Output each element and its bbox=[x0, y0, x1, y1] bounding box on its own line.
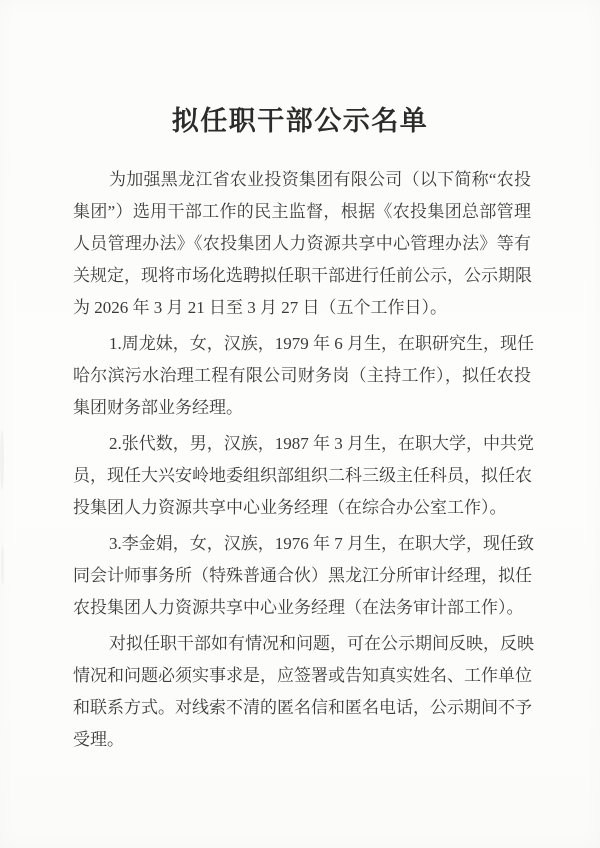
text-line: 3.李金娟，女，汉族，1976 年 7 月生，在职大学，现任致 bbox=[73, 528, 531, 560]
document-body: 为加强黑龙江省农业投资集团有限公司（以下简称“农投 集团”）选用干部工作的民主监… bbox=[73, 164, 531, 760]
paragraph-candidate-3: 3.李金娟，女，汉族，1976 年 7 月生，在职大学，现任致 同会计师事务所（… bbox=[73, 528, 531, 624]
text-line: 为加强黑龙江省农业投资集团有限公司（以下简称“农投 bbox=[73, 164, 531, 196]
text-line: 对拟任职干部如有情况和问题，可在公示期间反映，反映 bbox=[73, 628, 531, 660]
text-line: 集团”）选用干部工作的民主监督，根据《农投集团总部管理 bbox=[73, 196, 531, 228]
text-line: 情况和问题必须实事求是，应签署或告知真实姓名、工作单位 bbox=[73, 660, 531, 692]
text-line: 集团财务部业务经理。 bbox=[73, 392, 531, 424]
scan-artifact bbox=[1, 545, 4, 585]
text-line: 2.张代数，男，汉族，1987 年 3 月生，在职大学，中共党 bbox=[73, 428, 531, 460]
text-line: 关规定，现将市场化选聘拟任职干部进行任前公示，公示期限 bbox=[73, 260, 531, 292]
text-line: 投集团人力资源共享中心业务经理（在综合办公室工作）。 bbox=[73, 492, 531, 524]
text-line: 哈尔滨污水治理工程有限公司财务岗（主持工作），拟任农投 bbox=[73, 360, 531, 392]
document-page: 拟任职干部公示名单 为加强黑龙江省农业投资集团有限公司（以下简称“农投 集团”）… bbox=[0, 0, 600, 848]
paragraph-candidate-1: 1.周龙妹，女，汉族，1979 年 6 月生，在职研究生，现任 哈尔滨污水治理工… bbox=[73, 328, 531, 424]
text-line: 人员管理办法》《农投集团人力资源共享中心管理办法》等有 bbox=[73, 228, 531, 260]
text-line: 员，现任大兴安岭地委组织部组织二科三级主任科员，拟任农 bbox=[73, 460, 531, 492]
text-line: 1.周龙妹，女，汉族，1979 年 6 月生，在职研究生，现任 bbox=[73, 328, 531, 360]
paragraph-feedback-notice: 对拟任职干部如有情况和问题，可在公示期间反映，反映 情况和问题必须实事求是，应签… bbox=[73, 628, 531, 756]
text-line: 和联系方式。对线索不清的匿名信和匿名电话，公示期间不予 bbox=[73, 692, 531, 724]
document-title: 拟任职干部公示名单 bbox=[0, 99, 600, 138]
paragraph-intro: 为加强黑龙江省农业投资集团有限公司（以下简称“农投 集团”）选用干部工作的民主监… bbox=[73, 164, 531, 324]
text-line: 同会计师事务所（特殊普通合伙）黑龙江分所审计经理，拟任 bbox=[73, 560, 531, 592]
scan-artifact bbox=[0, 430, 4, 490]
paragraph-candidate-2: 2.张代数，男，汉族，1987 年 3 月生，在职大学，中共党 员，现任大兴安岭… bbox=[73, 428, 531, 524]
text-line: 为 2026 年 3 月 21 日至 3 月 27 日（五个工作日）。 bbox=[73, 292, 531, 324]
text-line: 受理。 bbox=[73, 724, 531, 756]
text-line: 农投集团人力资源共享中心业务经理（在法务审计部工作）。 bbox=[73, 592, 531, 624]
